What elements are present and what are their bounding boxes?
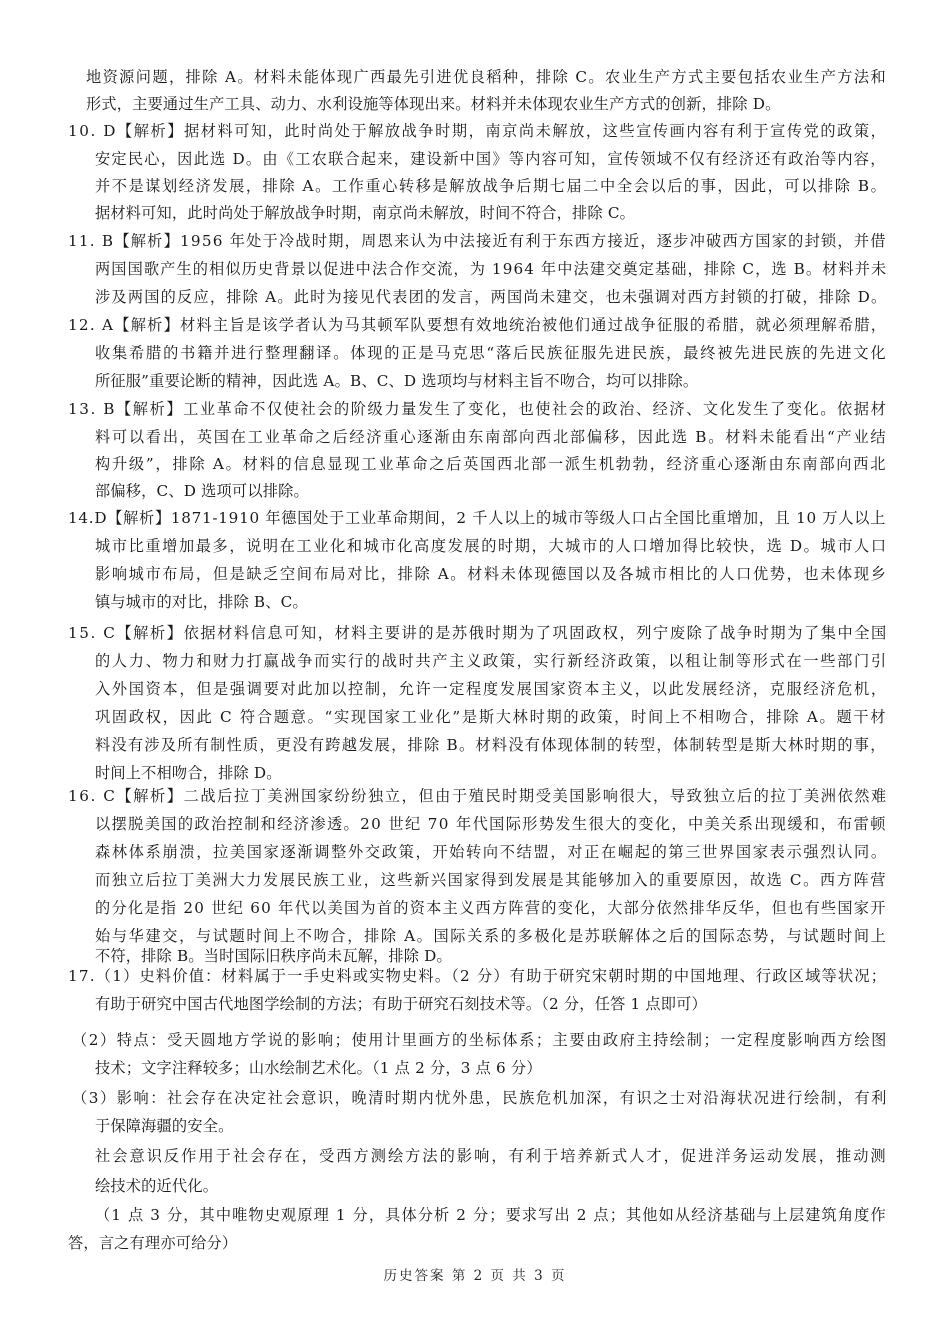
text-line: 的分化是指 20 世纪 60 年代以美国为首的资本主义西方阵营的变化，大部分依然… xyxy=(95,898,887,918)
text-line: 构升级”，排除 A。材料的信息显现工业革命之后英国西北部一派生机勃勃，经济重心逐… xyxy=(95,454,887,474)
text-line: 有助于研究中国古代地图学绘制的方法；有助于研究石刻技术等。（2 分，任答 1 点… xyxy=(95,994,707,1014)
page-footer: 历史答案 第 2 页 共 3 页 xyxy=(0,1264,950,1284)
text-line: 始与华建交，与试题时间上不吻合，排除 A。国际关系的多极化是苏联解体之后的国际态… xyxy=(95,926,887,946)
text-line: （3）影响：社会存在决定社会意识，晚清时期内忧外患，民族危机加深，有识之士对沿海… xyxy=(72,1088,888,1108)
text-line: 17.（1）史料价值：材料属于一手史料或实物史料。（2 分）有助于研究宋朝时期的… xyxy=(68,966,887,986)
text-line: 料可以看出，英国在工业革命之后经济重心逐渐由东南部向西北部偏移，因此选 B。材料… xyxy=(95,427,887,447)
text-line: 14.D【解析】1871-1910 年德国处于工业革命期间，2 千人以上的城市等… xyxy=(68,508,886,528)
text-line: 料没有涉及所有制性质，更没有跨越发展，排除 B。材料没有体现体制的转型，体制转型… xyxy=(95,735,887,755)
text-line: 技术；文字注释较多；山水绘制艺术化。（1 点 2 分，3 点 6 分） xyxy=(95,1058,542,1078)
text-line: 不符，排除 B。当时国际旧秩序尚未瓦解，排除 D。 xyxy=(95,946,452,966)
text-line: 两国国歌产生的相似历史背景以促进中法合作交流，为 1964 年中法建交奠定基础，… xyxy=(95,259,887,279)
text-line: 影响城市布局，但是缺乏空间布局对比，排除 A。材料未体现德国以及各城市相比的人口… xyxy=(95,564,887,584)
text-line: 于保障海疆的安全。 xyxy=(95,1116,234,1136)
text-line: 据材料可知，此时尚处于解放战争时期，南京尚未解放，时间不符合，排除 C。 xyxy=(95,203,635,223)
text-line: 15. C【解析】依据材料信息可知，材料主要讲的是苏俄时期为了巩固政权，列宁废除… xyxy=(68,623,888,643)
text-line: 13. B【解析】工业革命不仅使社会的阶级力量发生了变化，也使社会的政治、经济、… xyxy=(68,399,887,419)
text-line: 入外国资本，但是强调要对此加以控制，允许一定程度发展国家资本主义，以此发展经济，… xyxy=(95,679,888,699)
text-line: 巩固政权，因此 C 符合题意。“实现国家工业化”是斯大林时期的政策，时间上不相吻… xyxy=(95,707,887,727)
text-line: 12. A【解析】材料主旨是该学者认为马其顿军队要想有效地统治被他们通过战争征服… xyxy=(68,315,887,335)
text-line: 森林体系崩溃，拉美国家逐渐调整外交政策，开始转向不结盟，对正在崛起的第三世界国家… xyxy=(95,842,888,862)
text-line: 镇与城市的对比，排除 B、C。 xyxy=(95,592,308,612)
text-line: 所征服”重要论断的精神，因此选 A。B、C、D 选项均与材料主旨不吻合，均可以排… xyxy=(95,371,698,391)
document-page: 地资源问题，排除 A。材料未能体现广西最先引进优良稻种，排除 C。农业生产方式主… xyxy=(0,0,950,1344)
text-line: 绘技术的近代化。 xyxy=(95,1176,218,1196)
text-line: 地资源问题，排除 A。材料未能体现广西最先引进优良稻种，排除 C。农业生产方式主… xyxy=(86,67,887,87)
text-line: 16. C【解析】二战后拉丁美洲国家纷纷独立，但由于殖民时期受美国影响很大，导致… xyxy=(68,786,888,806)
text-line: （2）特点：受天圆地方学说的影响；使用计里画方的坐标体系；主要由政府主持绘制；一… xyxy=(72,1030,888,1050)
text-line: 安定民心，因此选 D。由《工农联合起来，建设新中国》等内容可知，宣传领域不仅有经… xyxy=(95,149,887,169)
text-line: 而独立后拉丁美洲大力发展民族工业，这些新兴国家得到发展是其能够加入的重要原因，故… xyxy=(95,870,887,890)
text-line: 11. B【解析】1956 年处于冷战时期，周恩来认为中法接近有利于东西方接近，… xyxy=(68,231,887,251)
text-line: 以摆脱美国的政治控制和经济渗透。20 世纪 70 年代国际形势发生很大的变化，中… xyxy=(95,814,887,834)
text-line: 形式，主要通过生产工具、动力、水利设施等体现出来。材料并未体现农业生产方式的创新… xyxy=(86,94,780,114)
text-line: （1 点 3 分，其中唯物史观原理 1 分，具体分析 2 分；要求写出 2 点；… xyxy=(95,1205,887,1225)
text-line: 城市比重增加最多，说明在工业化和城市化高度发展的时期，大城市的人口增加得比较快，… xyxy=(95,536,888,556)
text-line: 涉及两国的反应，排除 A。此时为接见代表团的发言，两国尚未建交，也未强调对西方封… xyxy=(95,287,887,307)
text-line: 部偏移，C、D 选项可以排除。 xyxy=(95,481,309,501)
text-line: 收集希腊的书籍并进行整理翻译。体现的正是马克思“落后民族征服先进民族，最终被先进… xyxy=(95,343,887,363)
text-line: 时间上不相吻合，排除 D。 xyxy=(95,763,282,783)
text-line: 并不是谋划经济发展，排除 A。工作重心转移是解放战争后期七届二中全会以后的事，因… xyxy=(95,176,887,196)
text-line: 社会意识反作用于社会存在，受西方测绘方法的影响，有利于培养新式人才，促进洋务运动… xyxy=(95,1146,888,1166)
text-line: 10. D【解析】据材料可知，此时尚处于解放战争时期，南京尚未解放，这些宣传画内… xyxy=(68,121,887,141)
text-line: 的人力、物力和财力打赢战争而实行的战时共产主义政策，实行新经济政策，以租让制等形… xyxy=(95,651,888,671)
text-line: 答，言之有理亦可给分） xyxy=(68,1233,237,1253)
